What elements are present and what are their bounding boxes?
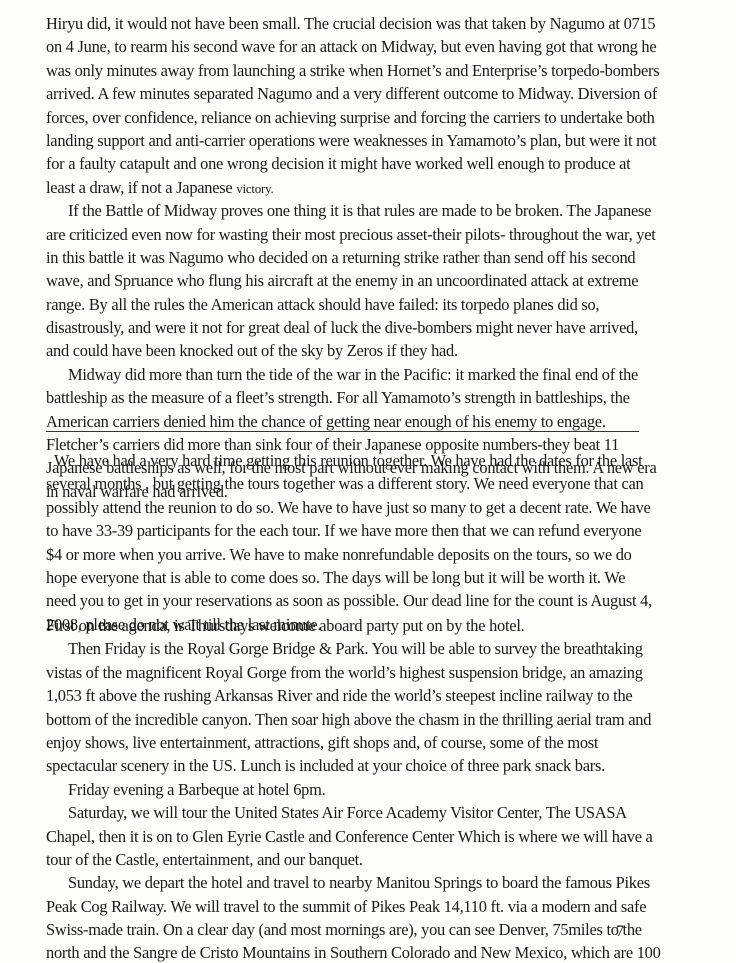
text-line: possibly attend the reunion to do so. We… — [46, 496, 652, 519]
text-line: Hiryu did, it would not have been small.… — [46, 12, 659, 35]
text-line: tour of the Castle, entertainment, and o… — [46, 848, 661, 871]
text-line: to have 33-39 participants for the each … — [46, 519, 652, 542]
text-line: wave, and Spruance who flung his aircraf… — [46, 269, 659, 292]
text-line: disastrously, and were it not for great … — [46, 316, 659, 339]
text-line: range. By all the rules the American att… — [46, 293, 659, 316]
text-line: Swiss-made train. On a clear day (and mo… — [46, 918, 661, 941]
paragraph-start: Saturday, we will tour the United States… — [46, 801, 661, 824]
text-line: forces, over confidence, reliance on ach… — [46, 106, 659, 129]
text-line: north and the Sangre de Cristo Mountains… — [46, 941, 661, 963]
text-line: First on the agenda, is Thursdays welcom… — [46, 614, 661, 637]
text-line: Peak Cog Railway. We will travel to the … — [46, 895, 661, 918]
text-line: was only minutes away from launching a s… — [46, 59, 659, 82]
text-line: for a faulty catapult and one wrong deci… — [46, 152, 659, 175]
text-line: hope everyone that is able to come does … — [46, 566, 652, 589]
text-line: in this battle it was Nagumo who decided… — [46, 246, 659, 269]
text-line: are criticized even now for wasting thei… — [46, 223, 659, 246]
text-line: and could have been knocked out of the s… — [46, 339, 659, 362]
paragraph-start: If the Battle of Midway proves one thing… — [46, 199, 659, 222]
text-line: need you to get in your reservations as … — [46, 589, 652, 612]
text-line: enjoy shows, live entertainment, attract… — [46, 731, 661, 754]
text-line: Chapel, then it is on to Glen Eyrie Cast… — [46, 825, 661, 848]
text-line: American carriers denied him the chance … — [46, 410, 659, 433]
victory-word: victory. — [236, 181, 273, 196]
text-line: vistas of the magnificent Royal Gorge fr… — [46, 661, 661, 684]
text-line: bottom of the incredible canyon. Then so… — [46, 708, 661, 731]
text-span: least a draw, if not a Japanese — [46, 178, 236, 197]
text-line: 1,053 ft above the rushing Arkansas Rive… — [46, 684, 661, 707]
paragraph-start: Midway did more than turn the tide of th… — [46, 363, 659, 386]
text-line: battleship as the measure of a fleet’s s… — [46, 386, 659, 409]
text-line: several months , but getting the tours t… — [46, 472, 652, 495]
agenda: First on the agenda, is Thursdays welcom… — [46, 614, 661, 963]
paragraph-start: Then Friday is the Royal Gorge Bridge & … — [46, 637, 661, 660]
text-line: landing support and anti-carrier operati… — [46, 129, 659, 152]
midway-article: Hiryu did, it would not have been small.… — [46, 12, 659, 503]
text-line: $4 or more when you arrive. We have to m… — [46, 543, 652, 566]
page-number: 7 — [616, 923, 624, 941]
paragraph-start: Friday evening a Barbeque at hotel 6pm. — [46, 778, 661, 801]
section-divider — [46, 431, 639, 432]
text-line: least a draw, if not a Japanese victory. — [46, 176, 659, 199]
paragraph-start: We have had a very hard time getting thi… — [46, 449, 652, 472]
reunion-notice: We have had a very hard time getting thi… — [46, 449, 652, 636]
text-line: spectacular scenery in the US. Lunch is … — [46, 754, 661, 777]
paragraph-start: Sunday, we depart the hotel and travel t… — [46, 871, 661, 894]
text-line: arrived. A few minutes separated Nagumo … — [46, 82, 659, 105]
text-line: on 4 June, to rearm his second wave for … — [46, 35, 659, 58]
